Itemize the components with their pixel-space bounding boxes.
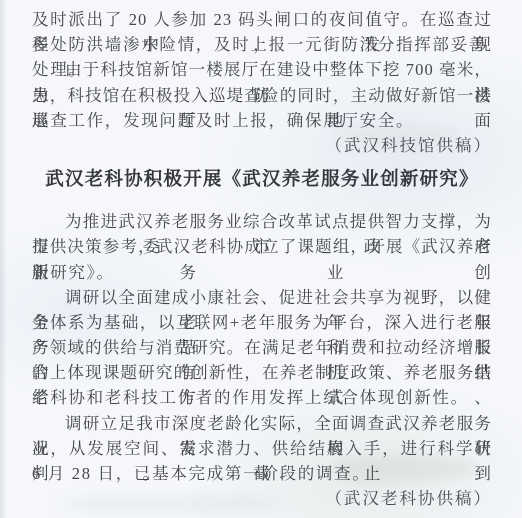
text-line: 老科协和老科技工作者的作用发挥上综合体现创新性。 [32,385,492,410]
text-line: 由于科技馆新馆一楼展厅在建设中整体下挖 700 毫米，为防洪 [32,57,492,82]
text-line: 合上体现课题研究的创新性，在养老制度政策、养老服务供给方式、 [32,360,492,385]
text-line: 及时派出了 20 人参加 23 码头闸口的夜间值守。在巡查过程中，发现 [32,7,492,32]
text-line: 况，从发展空间、需求潜力、供给结构入手，进行科学研判。截止到 [32,436,492,461]
text-line: 调研立足我市深度老龄化实际，全面调查武汉养老服务业发展状 [32,411,492,436]
text-line: 调研以全面建成小康社会、促进社会共享为视野，以健全老年服 [32,285,492,310]
text-line: 提供决策参考，武汉老科协成立了课题组，开展《武汉养老服务业创 [32,234,492,259]
article-title: 武汉老科协积极开展《武汉养老服务业创新研究》 [32,167,492,193]
text-line: 务领域的供给与消费研究。在满足老年消费和拉动经济增长的有机结 [32,335,492,360]
document-body: 及时派出了 20 人参加 23 码头闸口的夜间值守。在巡查过程中，发现 多处防洪… [0,0,522,511]
attribution-line: （武汉科技馆供稿） [32,133,492,158]
text-line: 为推进武汉养老服务业综合改革试点提供智力支撑，为市委市政府 [32,209,492,234]
text-line: 务体系为基础，以互联网+老年服务为平台，深入进行老年产品和服 [32,310,492,335]
attribution-line: （武汉老科协供稿） [32,486,492,511]
scanned-page: 及时派出了 20 人参加 23 码头闸口的夜间值守。在巡查过程中，发现 多处防洪… [0,0,522,518]
text-line: 多处防洪墙渗水险情，及时上报一元街防汛分指挥部妥善处理。 [32,32,492,57]
text-line: 患，科技馆在积极投入巡堤查险的同时，主动做好新馆一楼展厅地面 [32,83,492,108]
